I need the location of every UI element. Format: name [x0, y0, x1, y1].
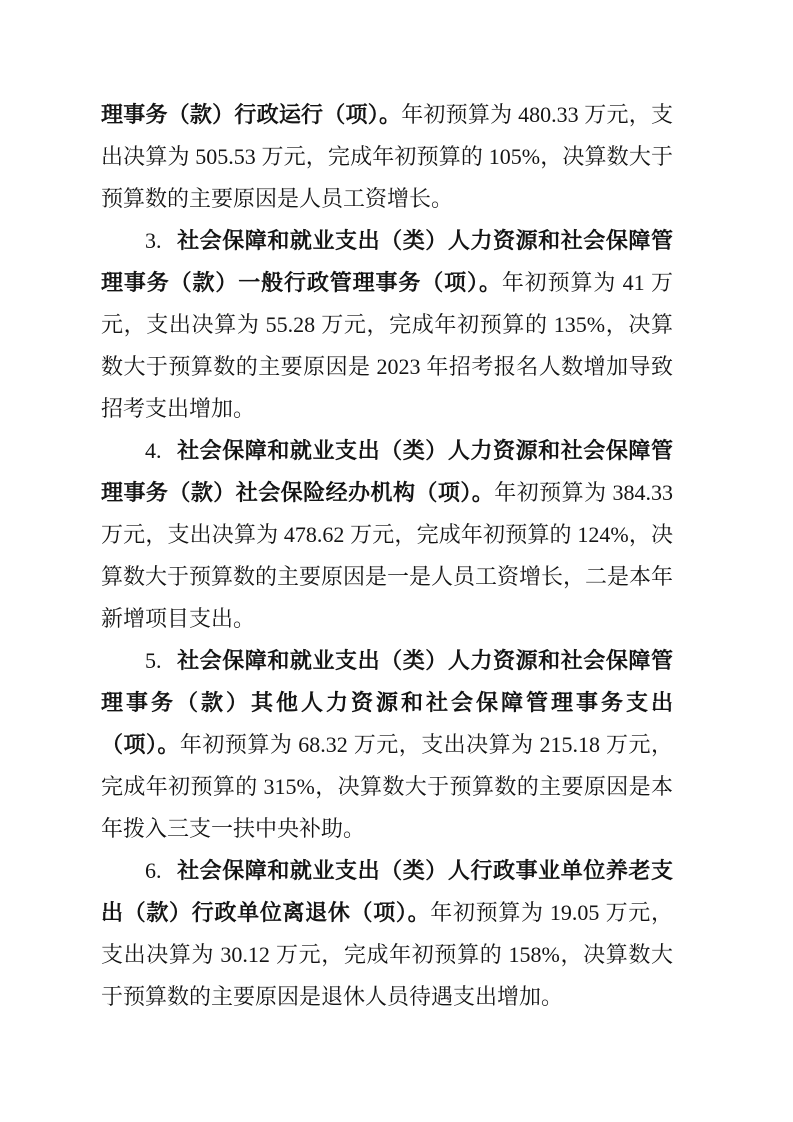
paragraph: 4.社会保障和就业支出（类）人力资源和社会保障管理事务（款）社会保险经办机构（项…: [101, 430, 673, 640]
text-segment: 理事务（款）行政运行（项）。: [101, 102, 401, 127]
document-page: 理事务（款）行政运行（项）。年初预算为 480.33 万元，支出决算为 505.…: [0, 0, 793, 1122]
paragraph: 6.社会保障和就业支出（类）人行政事业单位养老支出（款）行政单位离退休（项）。年…: [101, 850, 673, 1018]
paragraph: 理事务（款）行政运行（项）。年初预算为 480.33 万元，支出决算为 505.…: [101, 94, 673, 220]
list-item-number: 6.: [145, 858, 162, 883]
list-item-number: 3.: [145, 228, 162, 253]
paragraph: 3.社会保障和就业支出（类）人力资源和社会保障管理事务（款）一般行政管理事务（项…: [101, 220, 673, 430]
text-segment: 年初预算为 68.32 万元，支出决算为 215.18 万元，完成年初预算的 3…: [101, 732, 673, 841]
document-body: 理事务（款）行政运行（项）。年初预算为 480.33 万元，支出决算为 505.…: [101, 94, 673, 1018]
paragraph: 5.社会保障和就业支出（类）人力资源和社会保障管理事务（款）其他人力资源和社会保…: [101, 640, 673, 850]
list-item-number: 4.: [145, 438, 162, 463]
list-item-number: 5.: [145, 648, 162, 673]
